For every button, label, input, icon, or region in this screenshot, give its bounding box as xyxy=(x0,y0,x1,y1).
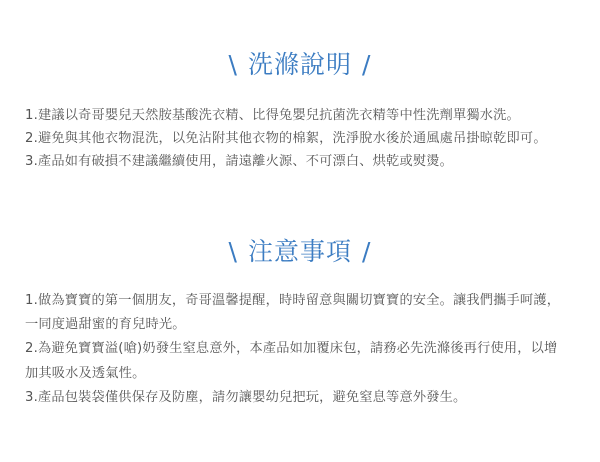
backslash-deco-icon: \ xyxy=(229,49,238,81)
wash-line: 3.產品如有破損不建議繼續使用，請遠離火源、不可漂白、烘乾或熨燙。 xyxy=(25,150,585,173)
wash-instructions-title: \洗滌說明/ xyxy=(0,49,600,81)
wash-line: 2.避免與其他衣物混洗，以免沾附其他衣物的棉絮，洗淨脫水後於通風處吊掛晾乾即可。 xyxy=(25,127,585,150)
notice-line: 一同度過甜蜜的育兒時光。 xyxy=(25,313,585,337)
notice-line: 1.做為寶寶的第一個朋友，奇哥溫馨提醒，時時留意與關切寶寶的安全。讓我們攜手呵護… xyxy=(25,289,585,313)
slash-deco-icon: / xyxy=(362,236,371,268)
wash-title-text: 洗滌說明 xyxy=(248,50,352,79)
notice-title-text: 注意事項 xyxy=(248,237,352,266)
backslash-deco-icon: \ xyxy=(229,236,238,268)
wash-line: 1.建議以奇哥嬰兒天然胺基酸洗衣精、比得兔嬰兒抗菌洗衣精等中性洗劑單獨水洗。 xyxy=(25,104,585,127)
notice-line: 2.為避免寶寶溢(嗆)奶發生窒息意外，本產品如加覆床包，請務必先洗滌後再行使用，… xyxy=(25,337,585,361)
notice-line: 3.產品包裝袋僅供保存及防塵，請勿讓嬰幼兒把玩，避免窒息等意外發生。 xyxy=(25,386,585,410)
wash-instructions-list: 1.建議以奇哥嬰兒天然胺基酸洗衣精、比得兔嬰兒抗菌洗衣精等中性洗劑單獨水洗。 2… xyxy=(25,104,585,173)
notice-line: 加其吸水及透氣性。 xyxy=(25,362,585,386)
slash-deco-icon: / xyxy=(362,49,371,81)
notice-list: 1.做為寶寶的第一個朋友，奇哥溫馨提醒，時時留意與關切寶寶的安全。讓我們攜手呵護… xyxy=(25,289,585,410)
notice-title: \注意事項/ xyxy=(0,236,600,268)
